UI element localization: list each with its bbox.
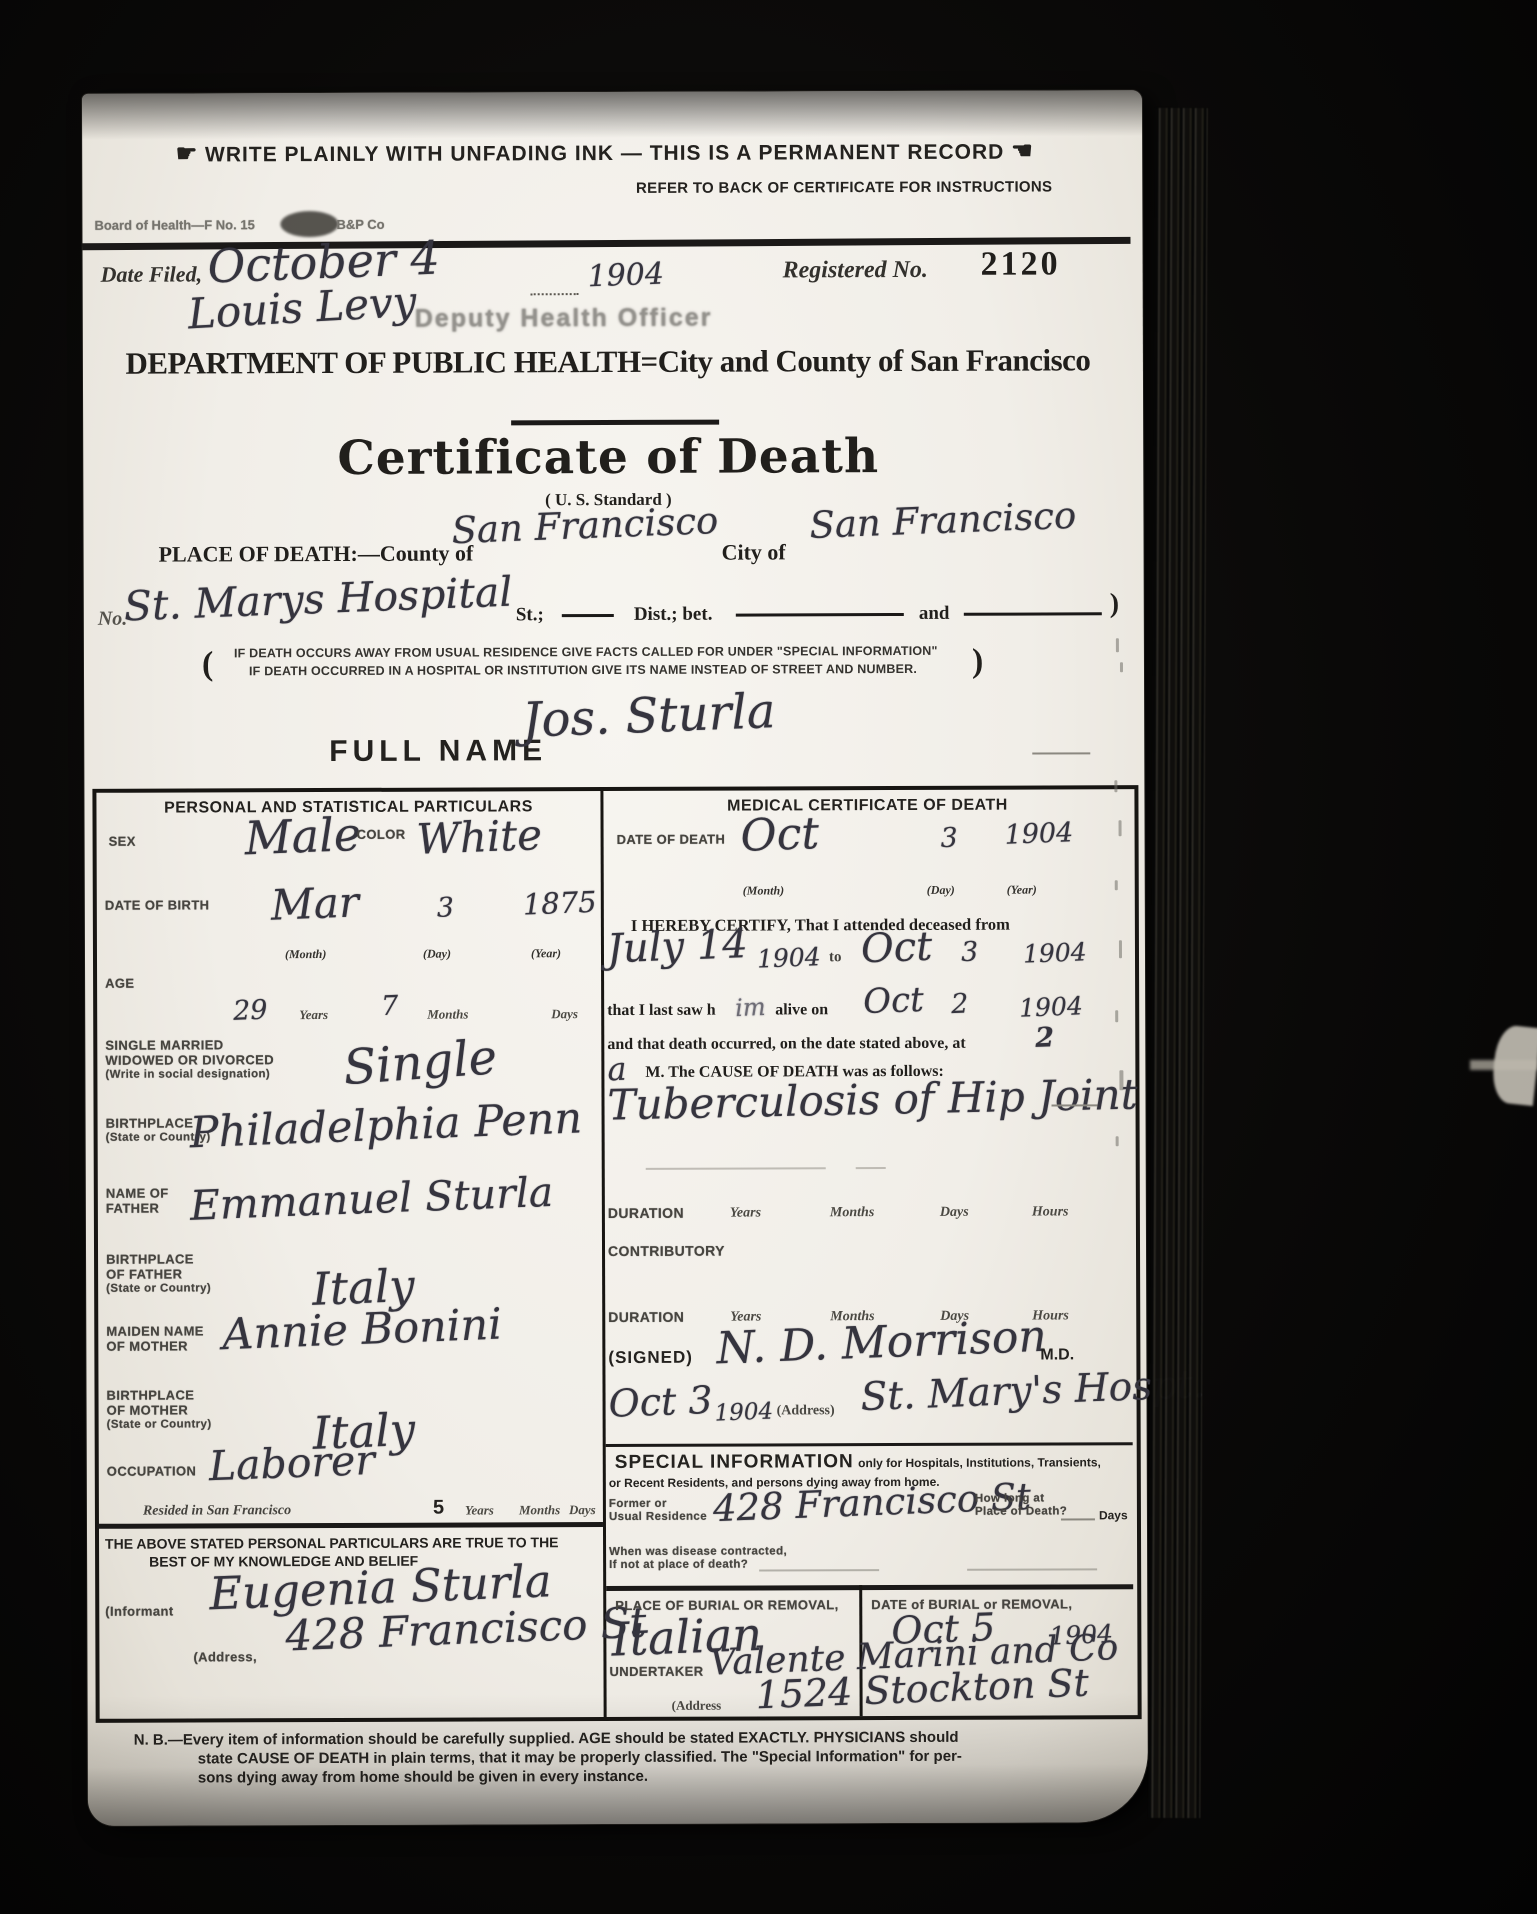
occupation-label: OCCUPATION (107, 1463, 197, 1478)
date-of-death-day: 3 (940, 823, 958, 855)
duration1-months: Months (830, 1205, 874, 1221)
md-label: M.D. (1040, 1346, 1074, 1364)
margin-mark (1119, 1070, 1123, 1090)
attended-to-month: Oct (860, 924, 933, 973)
signed-date: Oct 3 (608, 1378, 714, 1426)
title-rule (511, 420, 719, 426)
death-occurred-statement: and that death occurred, on the date sta… (607, 1035, 965, 1054)
howlong-label-1: How long at (975, 1492, 1067, 1505)
father-bp-label-1: BIRTHPLACE (106, 1251, 211, 1266)
day-sublabel: (Day) (423, 947, 451, 962)
form-number: Board of Health—F No. 15 B&P Co (94, 217, 384, 233)
certificate-page: ☛ WRITE PLAINLY WITH UNFADING INK — THIS… (82, 90, 1148, 1826)
marital-label-3: (Write in social designation) (105, 1067, 274, 1083)
informant-address-label: (Address, (193, 1649, 257, 1664)
date-filed-year: 1904 (587, 257, 665, 295)
days-unit: Days (551, 1006, 578, 1022)
mother-label-1: MAIDEN NAME (106, 1323, 204, 1338)
pointing-hand-left-icon: ☚ (1011, 138, 1034, 165)
medical-header: MEDICAL CERTIFICATE OF DEATH (604, 796, 1130, 816)
marital-label-2: WIDOWED OR DIVORCED (105, 1052, 274, 1068)
registered-no-label: Registered No. (783, 257, 928, 285)
occupation-value: Laborer (208, 1436, 376, 1490)
father-bp-label-2: OF FATHER (106, 1266, 211, 1281)
next-page-sliver-line (1470, 1060, 1537, 1070)
scanned-record-photo: { "banner": { "hand_left": "☛", "hand_ri… (0, 0, 1537, 1914)
to-label: to (829, 949, 842, 966)
marital-label: SINGLE MARRIED WIDOWED OR DIVORCED (Writ… (105, 1037, 274, 1083)
dod-month-sublabel: (Month) (743, 883, 784, 898)
marital-label-1: SINGLE MARRIED (105, 1037, 274, 1053)
blank-line (964, 612, 1102, 615)
mother-birthplace-label: BIRTHPLACE OF MOTHER (State or Country) (106, 1387, 211, 1432)
special-info-title: SPECIAL INFORMATION (615, 1451, 854, 1473)
dotted-line (531, 292, 579, 295)
deputy-health-officer-stamp: Deputy Health Officer (415, 304, 713, 334)
duration1-days: Days (940, 1205, 969, 1221)
undertaker-address-label: (Address (672, 1698, 722, 1714)
age-years-value: 29 (233, 995, 269, 1027)
former-label-2: Usual Residence (609, 1511, 707, 1524)
attended-to-day: 3 (960, 936, 978, 968)
signed-label: (SIGNED) (608, 1348, 693, 1368)
date-of-death-year: 1904 (1004, 817, 1074, 851)
dod-day-sublabel: (Day) (927, 883, 955, 898)
sex-value: Male (244, 807, 362, 865)
father-name-label: NAME OF FATHER (106, 1186, 169, 1216)
color-label: COLOR (357, 827, 406, 842)
resided-days-unit: Days (569, 1502, 596, 1518)
place-of-death-county: San Francisco (451, 499, 719, 552)
former-residence-label: Former or Usual Residence (609, 1498, 707, 1524)
last-saw-year: 1904 (1019, 991, 1084, 1022)
contributory-label: CONTRIBUTORY (608, 1244, 725, 1259)
duration-label-1: DURATION (608, 1206, 684, 1221)
full-name-value: Jos. Sturla (521, 683, 776, 749)
margin-mark (1119, 820, 1122, 836)
him-handwritten: im (735, 993, 766, 1022)
blank-line (736, 613, 904, 617)
duration1-hours: Hours (1032, 1204, 1069, 1220)
footer-note-line-2: state CAUSE OF DEATH in plain terms, tha… (198, 1748, 962, 1768)
banner-text: WRITE PLAINLY WITH UNFADING INK — THIS I… (205, 141, 1004, 167)
form-number-text: Board of Health—F No. 15 (94, 217, 254, 233)
resided-label: Resided in San Francisco (143, 1503, 291, 1520)
mother-bp-label-3: (State or Country) (107, 1417, 212, 1432)
mother-maiden-label: MAIDEN NAME OF MOTHER (106, 1323, 204, 1353)
death-hour-value: 2 (1035, 1022, 1055, 1054)
duration1-years: Years (730, 1205, 761, 1221)
mother-bp-label-1: BIRTHPLACE (106, 1387, 211, 1402)
registered-no-value: 2120 (981, 245, 1061, 283)
margin-mark (1114, 780, 1117, 792)
place-of-death-city: San Francisco (809, 494, 1077, 547)
dod-year-sublabel: (Year) (1007, 883, 1037, 898)
informant-label: (Informant (105, 1604, 173, 1619)
city-of-label: City of (722, 539, 786, 565)
attestation-line-1: THE ABOVE STATED PERSONAL PARTICULARS AR… (105, 1534, 559, 1552)
margin-mark (1116, 1136, 1119, 1146)
special-info-sub1: only for Hospitals, Institutions, Transi… (858, 1455, 1101, 1470)
signed-address-label: (Address) (777, 1403, 835, 1419)
undertaker-label: UNDERTAKER (609, 1664, 703, 1679)
attended-from-date: July 14 (606, 921, 748, 972)
mother-label-2: OF MOTHER (106, 1338, 204, 1353)
father-label-1: NAME OF (106, 1186, 169, 1201)
dist-bet-label: Dist.; bet. (634, 604, 713, 626)
disease-label-1: When was disease contracted, (609, 1545, 787, 1559)
father-bp-label-3: (State or Country) (106, 1281, 211, 1296)
alive-on-label: alive on (775, 1001, 828, 1019)
last-saw-month: Oct (862, 980, 924, 1022)
banner-line: ☛ WRITE PLAINLY WITH UNFADING INK — THIS… (82, 136, 1127, 169)
close-paren: ) (972, 643, 983, 681)
signed-year: 1904 (714, 1398, 774, 1426)
full-name-label: FULL NAME (329, 734, 547, 769)
st-label: St.; (516, 604, 544, 626)
margin-mark (1120, 662, 1123, 672)
resided-years-value: 5 (433, 1497, 444, 1520)
blank-line (1032, 752, 1090, 754)
attended-from-year: 1904 (756, 942, 821, 973)
last-saw-statement: that I last saw h (607, 1002, 716, 1020)
dob-month: Mar (270, 877, 360, 929)
book-page-edges (1148, 108, 1207, 1818)
resided-years-unit: Years (465, 1502, 494, 1518)
month-sublabel: (Month) (285, 947, 326, 962)
attended-to-year: 1904 (1022, 937, 1087, 968)
age-label: AGE (105, 976, 134, 991)
pointing-hand-right-icon: ☛ (176, 140, 199, 167)
mother-bp-label-2: OF MOTHER (107, 1402, 212, 1417)
department-title: DEPARTMENT OF PUBLIC HEALTH=City and Cou… (83, 342, 1133, 382)
dob-label: DATE OF BIRTH (105, 897, 210, 912)
refer-instructions: REFER TO BACK OF CERTIFICATE FOR INSTRUC… (612, 178, 1052, 197)
special-info-header: SPECIAL INFORMATION only for Hospitals, … (615, 1450, 1101, 1474)
years-unit: Years (299, 1007, 328, 1023)
faint-mark (856, 1167, 886, 1169)
how-long-label: How long at Place of Death? (975, 1492, 1067, 1518)
blank-line (1061, 1518, 1095, 1520)
age-months-value: 7 (381, 990, 399, 1022)
margin-mark (1115, 1010, 1118, 1022)
resided-months-unit: Months (519, 1502, 560, 1518)
footer-note-line-1: N. B.—Every item of information should b… (134, 1729, 959, 1749)
margin-mark (1116, 638, 1119, 652)
father-label-2: FATHER (106, 1201, 169, 1216)
close-paren: ) (1110, 588, 1119, 620)
certificate-title: Certificate of Death (83, 428, 1133, 487)
no-label: No. (98, 608, 128, 631)
howlong-label-2: Place of Death? (975, 1505, 1067, 1518)
year-sublabel: (Year) (531, 946, 561, 961)
date-filed-label: Date Filed, (101, 261, 203, 287)
residence-note-2: IF DEATH OCCURRED IN A HOSPITAL OR INSTI… (249, 663, 917, 678)
blank-line (1052, 1104, 1098, 1106)
duration-label-2: DURATION (608, 1310, 684, 1325)
months-unit: Months (427, 1007, 468, 1023)
margin-mark (1119, 940, 1122, 958)
dob-year: 1875 (522, 885, 597, 922)
marital-value: Single (342, 1029, 499, 1096)
father-birthplace-label: BIRTHPLACE OF FATHER (State or Country) (106, 1251, 211, 1296)
last-saw-day: 2 (951, 988, 969, 1020)
color-value: White (416, 810, 543, 864)
dob-day: 3 (436, 892, 454, 924)
blank-line (562, 614, 614, 617)
former-label-1: Former or (609, 1498, 707, 1511)
residence-note-1: IF DEATH OCCURS AWAY FROM USUAL RESIDENC… (234, 645, 938, 660)
death-location: St. Marys Hospital (123, 568, 513, 631)
how-long-days-label: Days (1099, 1508, 1128, 1522)
date-of-death-month: Oct (740, 808, 820, 862)
and-label: and (919, 603, 950, 625)
date-of-death-label: DATE OF DEATH (617, 832, 726, 847)
place-of-death-label: PLACE OF DEATH:—County of (159, 540, 474, 567)
open-paren: ( (202, 645, 213, 683)
printer-mark: B&P Co (336, 217, 384, 232)
blank-line (759, 1569, 879, 1571)
disease-contracted-label: When was disease contracted, If not at p… (609, 1545, 787, 1572)
margin-mark (1115, 880, 1118, 890)
footer-note-line-3: sons dying away from home should be give… (198, 1768, 648, 1787)
sex-label: SEX (109, 834, 136, 849)
